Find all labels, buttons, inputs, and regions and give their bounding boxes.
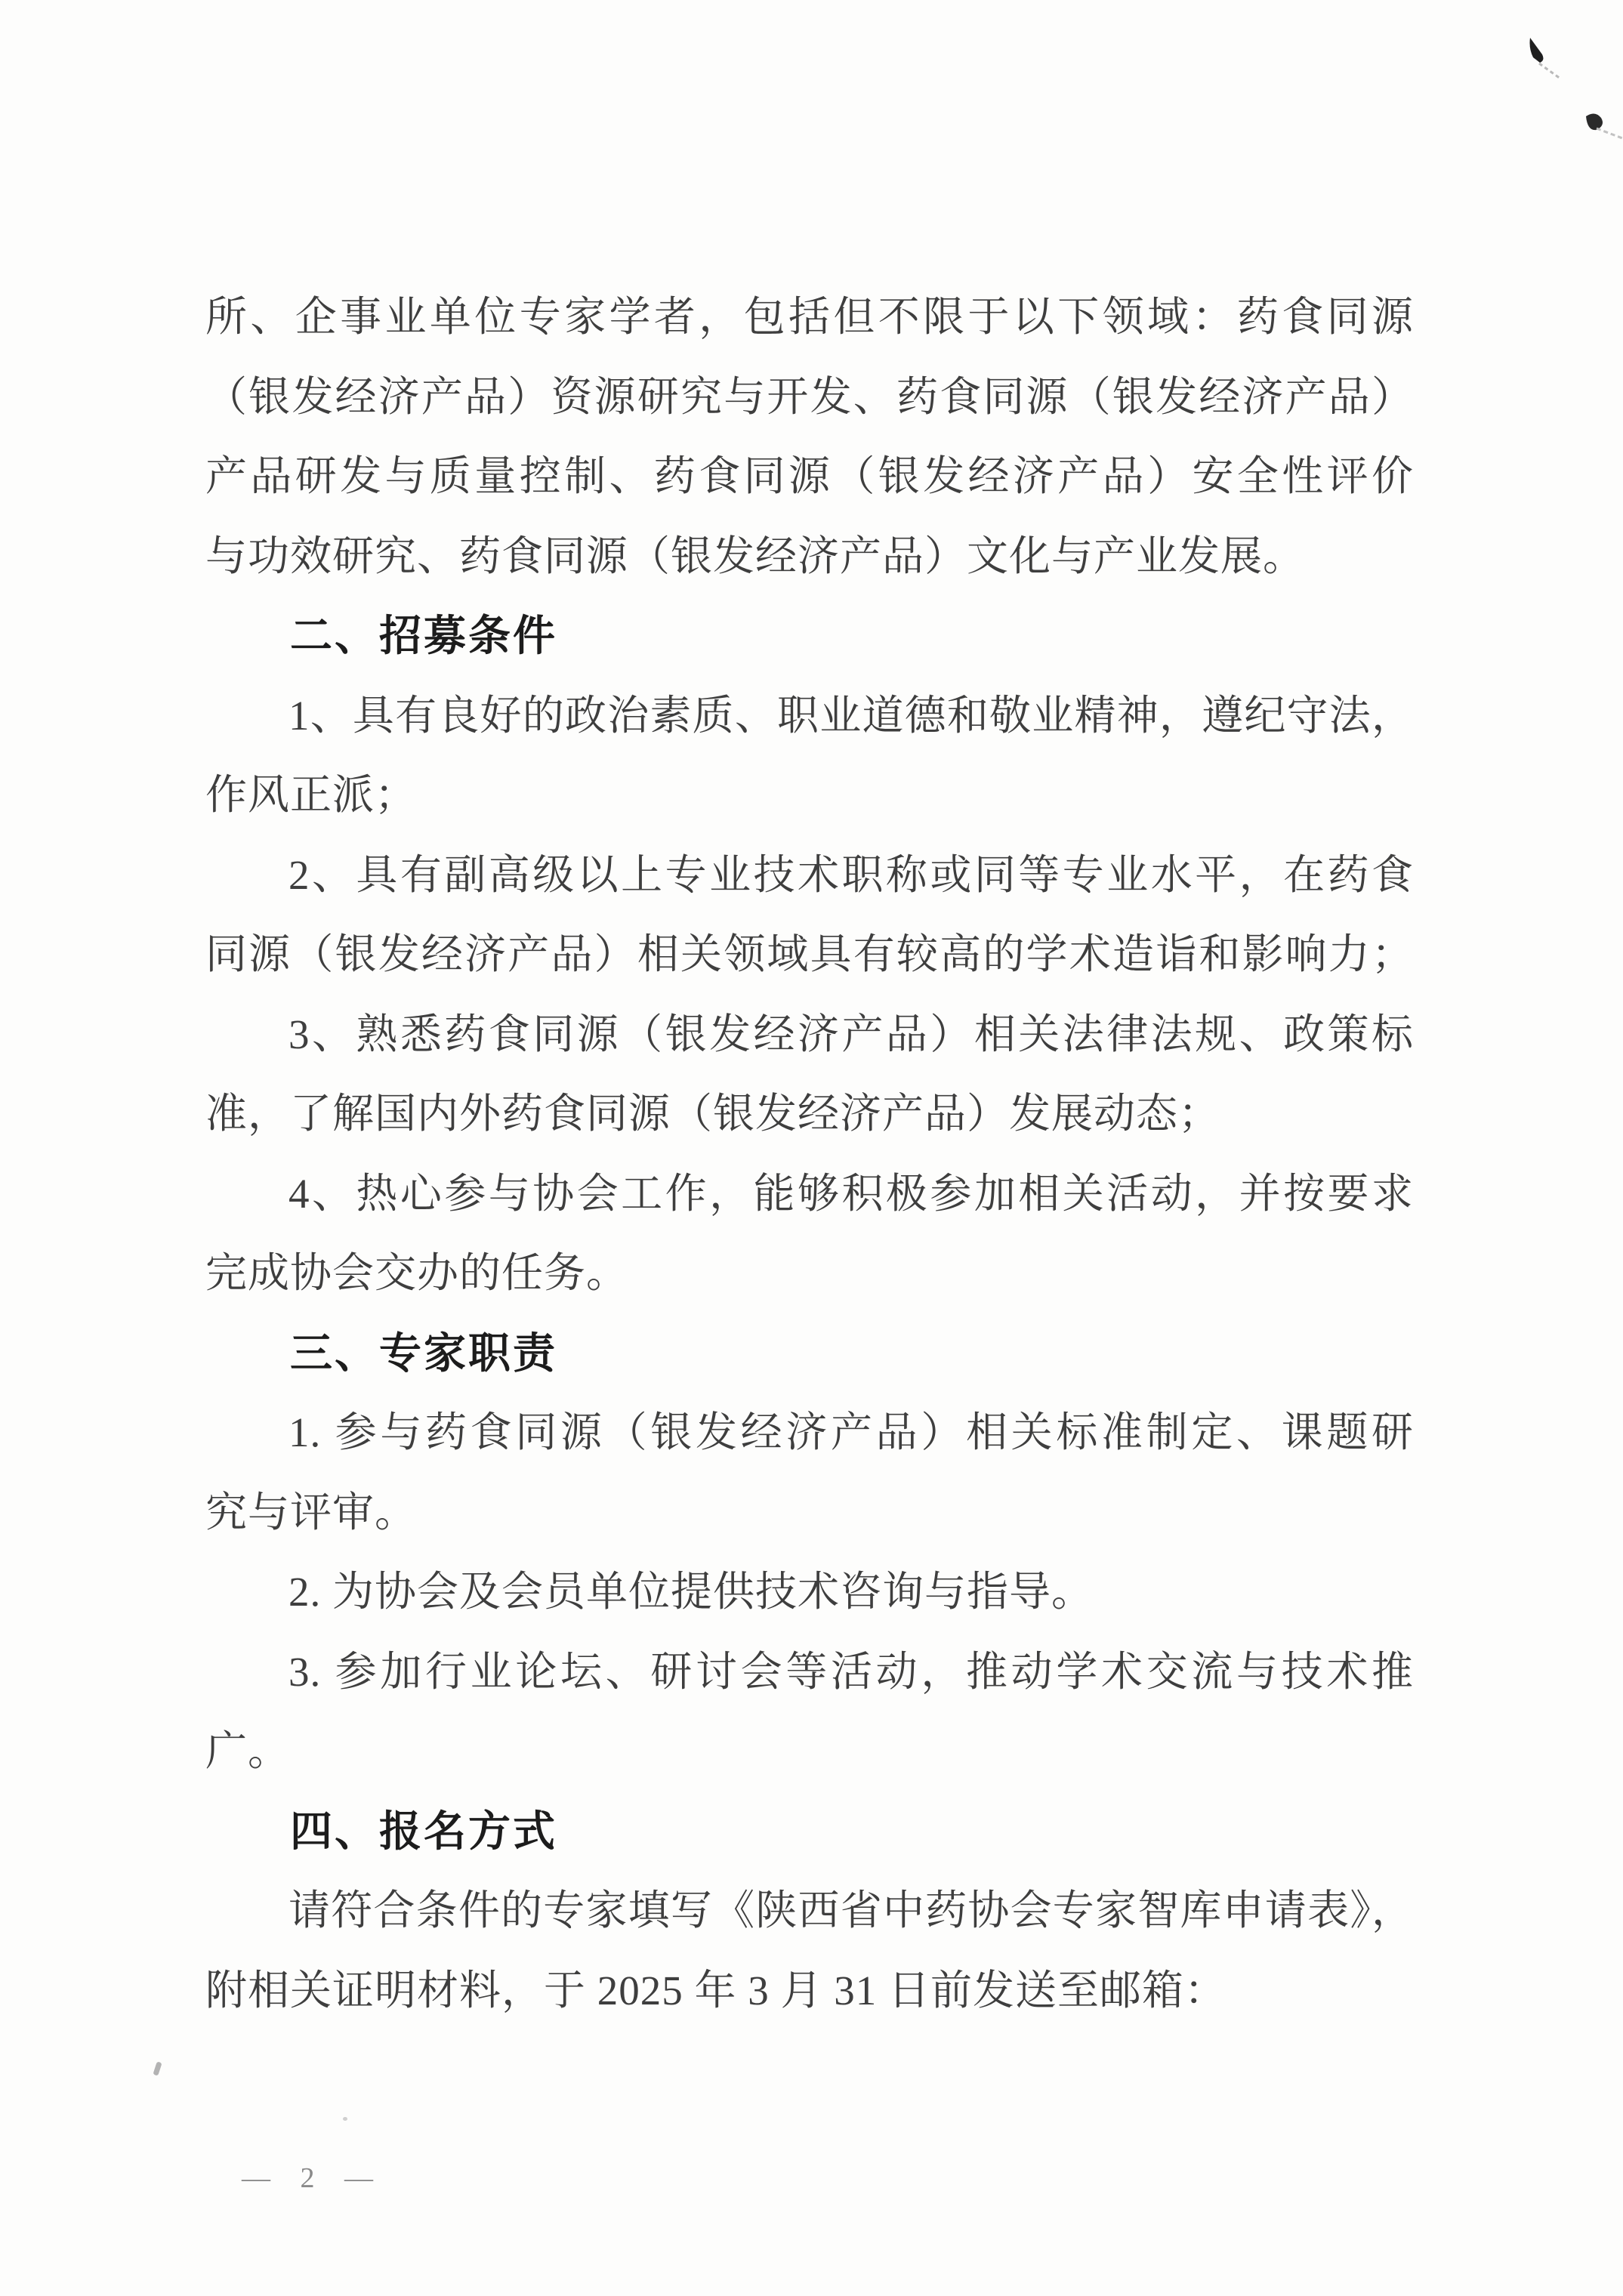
text-line: 究与评审。	[205, 1473, 1414, 1553]
text-line: 作风正派；	[205, 755, 1414, 835]
document-body: 所、企事业单位专家学者，包括但不限于以下领域：药食同源（银发经济产品）资源研究与…	[205, 0, 1414, 2296]
text-line: 1. 参与药食同源（银发经济产品）相关标准制定、课题研	[205, 1393, 1414, 1473]
text-line: 完成协会交办的任务。	[205, 1233, 1414, 1313]
section-heading: 四、报名方式	[205, 1791, 1414, 1872]
text-line: 2. 为协会及会员单位提供技术咨询与指导。	[205, 1552, 1414, 1632]
text-line: 产品研发与质量控制、药食同源（银发经济产品）安全性评价	[205, 437, 1414, 517]
text-line: 1、具有良好的政治素质、职业道德和敬业精神，遵纪守法，	[205, 676, 1414, 756]
ink-speck-icon	[153, 2061, 162, 2075]
section-heading: 二、招募条件	[205, 596, 1414, 676]
text-line: 3. 参加行业论坛、研讨会等活动，推动学术交流与技术推	[205, 1632, 1414, 1712]
scanned-document-page: 所、企事业单位专家学者，包括但不限于以下领域：药食同源（银发经济产品）资源研究与…	[0, 0, 1623, 2296]
page-number: — 2 —	[242, 2162, 375, 2195]
ink-dot-icon	[343, 2117, 347, 2121]
text-line: 附相关证明材料，于 2025 年 3 月 31 日前发送至邮箱：	[205, 1951, 1414, 2031]
text-line: 与功效研究、药食同源（银发经济产品）文化与产业发展。	[205, 517, 1414, 597]
text-line: 请符合条件的专家填写《陕西省中药协会专家智库申请表》，	[205, 1871, 1414, 1951]
text-line: 所、企事业单位专家学者，包括但不限于以下领域：药食同源	[205, 277, 1414, 357]
text-line: 2、具有副高级以上专业技术职称或同等专业水平，在药食	[205, 835, 1414, 915]
text-line: （银发经济产品）资源研究与开发、药食同源（银发经济产品）	[205, 357, 1414, 437]
text-line: 同源（银发经济产品）相关领域具有较高的学术造诣和影响力；	[205, 915, 1414, 995]
text-line: 3、熟悉药食同源（银发经济产品）相关法律法规、政策标	[205, 995, 1414, 1075]
ink-mark-icon	[1510, 27, 1623, 156]
text-line: 广。	[205, 1711, 1414, 1791]
section-heading: 三、专家职责	[205, 1313, 1414, 1393]
text-line: 4、热心参与协会工作，能够积极参加相关活动，并按要求	[205, 1154, 1414, 1234]
text-line: 准，了解国内外药食同源（银发经济产品）发展动态；	[205, 1074, 1414, 1154]
